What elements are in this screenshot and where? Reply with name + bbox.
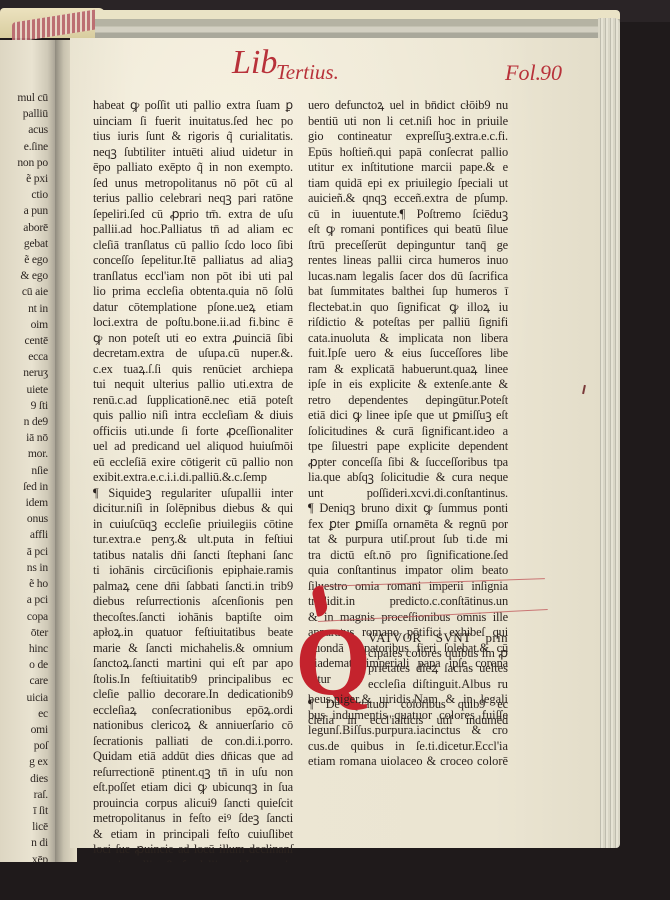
verso-text-line: care (17, 673, 48, 689)
text-line: VATVOR SVNT prin (368, 630, 508, 646)
facing-verso-page: mul cūpalliūacuse.ſinenon poẽ pxictioa p… (0, 40, 58, 870)
text-line: tui nequit ulterius pallio uti.extra de (93, 377, 293, 393)
text-line: cū in iuuentute.¶ Poſtremo ſciēduꝫ (308, 207, 508, 223)
text-line: conceſſo ſepelitur.Itē palliatus ad alia… (93, 253, 293, 269)
verso-text-line: cū aie (17, 284, 48, 300)
text-line: thecoſtes.ſancti iohānis baptiſte oim (93, 610, 293, 626)
verso-text-line: ā pci (17, 544, 48, 560)
verso-text-line: n di (17, 835, 48, 851)
chapter-opening-beside-initial: VATVOR SVNT principales colores quibus ſ… (368, 630, 508, 692)
text-line: eſt ꝙ romani pontifices qui beatū ſilue (308, 222, 508, 238)
text-column-left: habeat ꝙ poſſit uti pallio extra ſuam ꝑu… (93, 98, 293, 873)
text-line: bentiū uti non li cet.niſi hoc in priuil… (308, 114, 508, 130)
verso-text-line: omi (17, 722, 48, 738)
folio-number: 90 (540, 60, 562, 86)
text-line: cipales colores quibus ſm ꝓ (368, 646, 508, 662)
verso-text-line: nt in (17, 301, 48, 317)
text-line: tra dictū eſt.nō pro ſignificatione.ſed (308, 548, 508, 564)
verso-text-line: gebat (17, 236, 48, 252)
text-line: unt poſſideri.xcvi.di.conſtantinus. (308, 486, 508, 502)
verso-text-line: mul cū (17, 90, 48, 106)
verso-text-line: neruʒ (17, 365, 48, 381)
verso-text-line: copa (17, 609, 48, 625)
verso-text-line: affli (17, 527, 48, 543)
text-line: ſolicitudines & curā ſignificant.ideo a (308, 424, 508, 440)
text-line: riſdictio & poteſtas per palliū ſignifi (308, 315, 508, 331)
verso-text-line: idem (17, 495, 48, 511)
verso-text-line: licē (17, 819, 48, 835)
text-line: bus indumentis quatuor colores fuiſſe (308, 708, 508, 724)
text-line: ſanctoꝝ.ſancti martini qui eſt par apo (93, 656, 293, 672)
verso-text-line: ī ſit (17, 803, 48, 819)
text-line: exibit.extra.e.c.i.i.di.palliū.&.c.ſemp (93, 470, 293, 486)
text-line: gio contineatur expreſſuꝫ.extra.e.c.fi. (308, 129, 508, 145)
verso-text-line: uiete (17, 382, 48, 398)
verso-text-line: n de9 (17, 414, 48, 430)
text-line: fuit.Ipſe uero & eius ſucceſſores libe (308, 346, 508, 362)
text-line: reſurrectionē ptinent.qꝫ tn̄ in uſu non (93, 765, 293, 781)
verso-text-line: ec (17, 706, 48, 722)
text-line: legunſ.Biſſus.purpura.iacinctus & cro (308, 723, 508, 739)
verso-text-line: g ex (17, 754, 48, 770)
text-line: ꝙ non poteſt uti eo extra ꝓuinciā ſibi (93, 331, 293, 347)
verso-text-line: ẽ pxi (17, 171, 48, 187)
text-line: ram & explicatā habuerunt.quaꝝ linee (308, 362, 508, 378)
verso-text-line: dies (17, 771, 48, 787)
text-line: ¶ Deniqꝫ bruno dixit ꝙ ſummus ponti (308, 501, 508, 517)
text-column-right: uero defunctoꝝ uel in bn̄dict cłōib9 nub… (308, 98, 508, 687)
verso-text-line: poſ (17, 738, 48, 754)
text-line: loci ſue ꝓuincie ad locū illum declinanſ (93, 842, 293, 858)
text-line: prietates dieꝝ ſacras ueſtes (368, 661, 508, 677)
verso-text-line: uicia (17, 690, 48, 706)
text-line: auicieñ.& qnqꝫ ecceñ.extra de pſump. (308, 191, 508, 207)
text-line: fex ꝑter ꝑmiſſa ornamēta & regnū por (308, 517, 508, 533)
verso-text-line: 9 ſti (17, 398, 48, 414)
text-line: retro dependentes depingūtur.Poteſt (308, 393, 508, 409)
text-line: ēpo palliato exēpto q̃ in non exempto. (93, 160, 293, 176)
text-line: uero defunctoꝝ uel in bn̄dict cłōib9 nu (308, 98, 508, 114)
verso-text-line: a pun (17, 203, 48, 219)
running-head-book: Lib (232, 44, 277, 82)
verso-text-line: ẽ ho (17, 576, 48, 592)
text-line: cleſie pallio decorare.In dedicationib9 (93, 687, 293, 703)
verso-text-line: onus (17, 511, 48, 527)
verso-text-line: oim (17, 317, 48, 333)
text-line: ti iohānis circūciſionis epiphaie.ramis (93, 563, 293, 579)
verso-text-line: centē (17, 333, 48, 349)
text-line: ſtrū preceſſerūt depinguntur tanq̄ ge (308, 238, 508, 254)
text-line: rentes lineas pallii circa humeros inuo (308, 253, 508, 269)
verso-text-line: ẽ ego (17, 252, 48, 268)
text-line: eſt.poſſet etiam dici ꝙ ubicunqꝫ in ſua (93, 780, 293, 796)
text-line: tranſlatus eccl'iam non pōt ibi uti pal (93, 269, 293, 285)
verso-text-line: acus (17, 122, 48, 138)
verso-text-line: hinc (17, 641, 48, 657)
text-line: cata.inuoluta & implicata non libera (308, 331, 508, 347)
text-line: palmaꝝ cene dn̄i ſabbati ſancti.in trib9 (93, 579, 293, 595)
text-line: tpe ſiluestri pape explicite dependent (308, 439, 508, 455)
text-line: eccleſiaꝝ conſecrationibus epōꝝ.ordi (93, 703, 293, 719)
text-line: c.ex tuaꝝ.ſ.ſi quis renūciet archiepa (93, 362, 293, 378)
text-line: tatibus natalis dn̄i ſancti ſtephani ſan… (93, 548, 293, 564)
text-line: ¶ Siquideꝫ regulariter uſupallii inter (93, 486, 293, 502)
text-line: utitur ex inſtitutione marcii pape.& e (308, 160, 508, 176)
verso-text-fragment: mul cūpalliūacuse.ſinenon poẽ pxictioa p… (17, 90, 48, 870)
text-line: beus.niger.& uiridis.Nam & in legali (308, 692, 508, 708)
text-line: ſepeliri.ſed cū ꝓprio tm̄. extra de uſu (93, 207, 293, 223)
text-line: uinciam ſi fuerit inuitatus.ſed hec po (93, 114, 293, 130)
text-line: uel ad predicand uel aliquod huiuſmōi (93, 439, 293, 455)
text-line: etiam romana uiolaceo & croceo colorē (308, 754, 508, 770)
text-line: Quidam etiā addūt dies dn̄icas que ad (93, 749, 293, 765)
folio-label: Fol. (505, 60, 541, 86)
verso-text-line: aborē (17, 220, 48, 236)
text-line: nationibus clericoꝝ & anniuerſario cō (93, 718, 293, 734)
verso-text-line: ecca (17, 349, 48, 365)
text-line: terius pallio celebrari neqꝫ pari ratōne (93, 191, 293, 207)
chapter-opening-text: beus.niger.& uiridis.Nam & in legalibus … (308, 692, 508, 770)
text-line: lio prima eccleſia obtenta.quia nō ſolū (93, 284, 293, 300)
verso-text-line: non po (17, 155, 48, 171)
text-line: quia conſtantinus impator olim beato (308, 563, 508, 579)
text-line: ſed unus metropolitanus nō pōt cū al (93, 176, 293, 192)
verso-text-line: e.ſine (17, 139, 48, 155)
text-line: cus.de quibus in ſe.ti.dicetur.Eccl'ia (308, 739, 508, 755)
text-line: ipſe in eis explicite & extenſe.ante & (308, 377, 508, 393)
verso-text-line: ſed in (17, 479, 48, 495)
text-line: ꝓpter conceſſa ſibi & ſucceſſoribus tpa (308, 455, 508, 471)
text-line: apłoꝝ.in quatuor feſtiuitatibus beate (93, 625, 293, 641)
verso-text-line: ns in (17, 560, 48, 576)
text-line: prouincia corpus alicui9 ſancti quieſcit (93, 796, 293, 812)
text-line: etiā dici ꝙ linee ipſe que ut ꝑmiſſuꝫ eſ… (308, 408, 508, 424)
verso-text-line: a pci (17, 592, 48, 608)
text-line: ſecrationis palliati de con.di.i.porro. (93, 734, 293, 750)
verso-text-line: ctio (17, 187, 48, 203)
verso-text-line: raſ. (17, 787, 48, 803)
text-line: loci.extra de poſtu.bone.ii.ad fi.binc ē (93, 315, 293, 331)
text-line: decretam.extra de uſupa.cū nuper.&. (93, 346, 293, 362)
text-line: datur cōtemplatione pſone.ueꝝ etiam (93, 300, 293, 316)
text-line: quis pallio niſi intra eccleſiam & diuis (93, 408, 293, 424)
text-line: bat ſummitates balthei ſup humeros ī (308, 284, 508, 300)
text-line: cleſiā tranſlatus cū pallio ſcdo loco ſi… (93, 238, 293, 254)
text-line: dicitur.niſi in ſolēpnibus diebus & qui (93, 501, 293, 517)
background-shadow (0, 862, 600, 900)
text-line: metropolitanus in feſto eiꝰ ſdeꝫ ſancti (93, 811, 293, 827)
text-line: & etiam in principali feſto cuiuſlibet (93, 827, 293, 843)
verso-text-line: & ego (17, 268, 48, 284)
text-line: officiis uti.unde ſi forte ꝓceſſionalite… (93, 424, 293, 440)
text-line: pallii.ad hoc.Palliatus tn̄ ad aliam ec (93, 222, 293, 238)
text-line: lia.que abſqꝫ ſolicitudie & cura neque (308, 470, 508, 486)
text-line: diebus reſurrectionis aſcenſionis pen (93, 594, 293, 610)
text-line: ſtolis.In feſtiuitatib9 principalibus ec (93, 672, 293, 688)
running-head-title: Tertius. (276, 60, 339, 85)
page-block-top-edge (95, 10, 620, 40)
text-line: renū.c.ad ſupplicationē.nec etiā poteſt (93, 393, 293, 409)
text-line: habeat ꝙ poſſit uti pallio extra ſuam ꝑ (93, 98, 293, 114)
text-line: tat & purpura utiſ.prout ſub ti.de mi (308, 532, 508, 548)
text-line: eccleſia diſtinguit.Albus ru (368, 677, 508, 693)
text-line: lucas.nam legalis ſacer dos dū ſacrifica (308, 269, 508, 285)
verso-text-line: nſie (17, 463, 48, 479)
text-line: neqꝫ ſubtiliter intuēti aliud uidetur in (93, 145, 293, 161)
verso-text-line: o de (17, 657, 48, 673)
text-line: tius iuris ſunt & rigoris q̃ curialitati… (93, 129, 293, 145)
text-line: in cuiuſcūqꝫ eccleſie priuilegiis cōtine (93, 517, 293, 533)
verso-text-line: iā nō (17, 430, 48, 446)
text-line: eū eccleſiā exire cōtigerit cū pallio no… (93, 455, 293, 471)
verso-text-line: ōter (17, 625, 48, 641)
text-line: Epūs hoſtieñ.qui papā conſecrat pallio (308, 145, 508, 161)
text-line: flectebat.in quo ſignificat ꝙ illoꝝ iu (308, 300, 508, 316)
text-line: tiam quidā epi ex priuilegio ſpeciali ut (308, 176, 508, 192)
verso-text-line: mor. (17, 446, 48, 462)
text-line: marie & ſancti michahelis.& omnium (93, 641, 293, 657)
page-fore-edge (598, 18, 620, 848)
text-line: tur.extra.e penʒ.& ult.puta in feſtiui (93, 532, 293, 548)
verso-text-line: palliū (17, 106, 48, 122)
